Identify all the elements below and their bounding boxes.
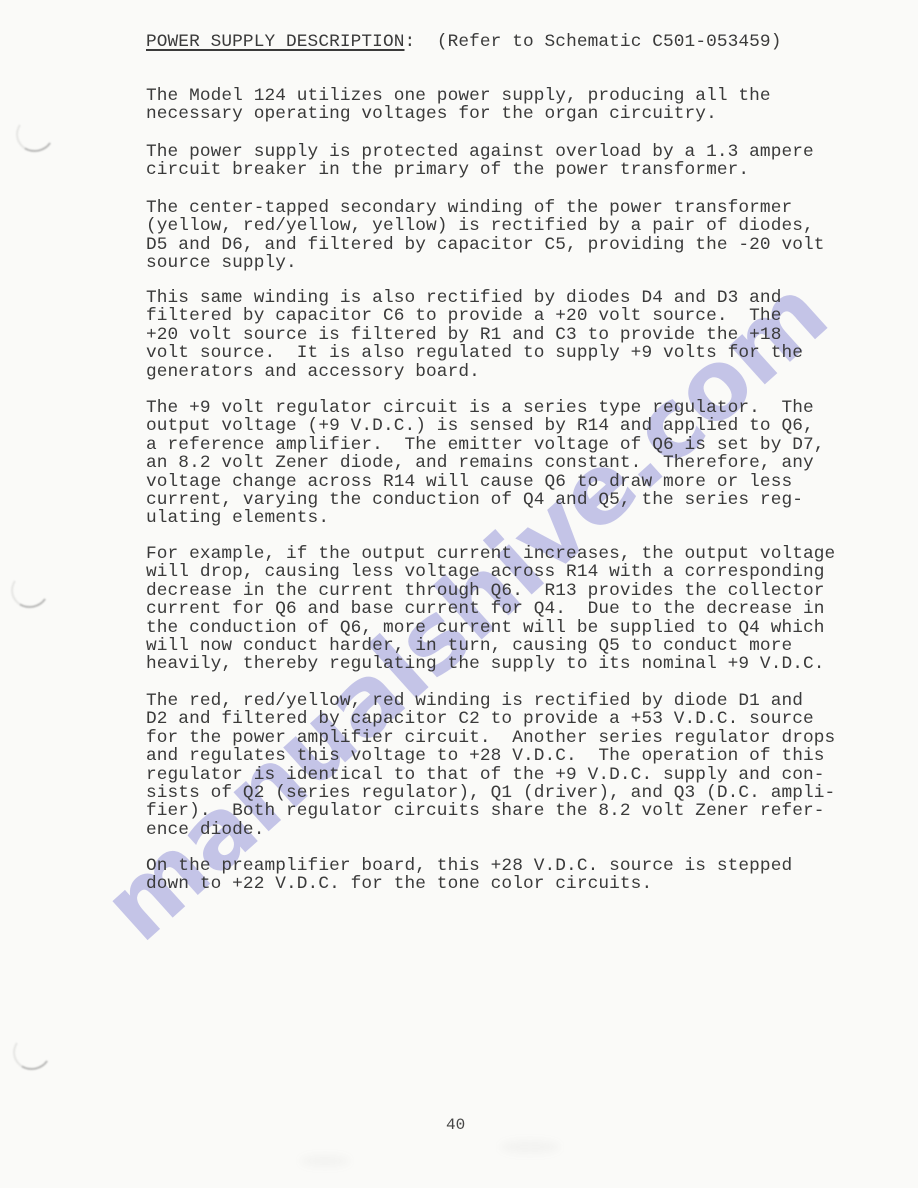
body-paragraph: The red, red/yellow, red winding is rect… bbox=[146, 692, 856, 839]
body-paragraph: For example, if the output current incre… bbox=[146, 545, 856, 674]
body-paragraph: On the preamplifier board, this +28 V.D.… bbox=[146, 857, 856, 894]
body-paragraph: The Model 124 utilizes one power supply,… bbox=[146, 87, 856, 124]
section-heading: POWER SUPPLY DESCRIPTION: (Refer to Sche… bbox=[146, 33, 781, 51]
body-paragraph: The +9 volt regulator circuit is a serie… bbox=[146, 399, 856, 528]
body-paragraph: This same winding is also rectified by d… bbox=[146, 289, 856, 381]
schematic-reference: (Refer to Schematic C501-053459) bbox=[415, 32, 781, 52]
title-separator: : bbox=[405, 32, 416, 52]
body-paragraph: The center-tapped secondary winding of t… bbox=[146, 199, 856, 273]
body-paragraph: The power supply is protected against ov… bbox=[146, 143, 856, 180]
page-title: POWER SUPPLY DESCRIPTION bbox=[146, 32, 405, 52]
text-layer: POWER SUPPLY DESCRIPTION: (Refer to Sche… bbox=[0, 0, 918, 1188]
page-number: 40 bbox=[446, 1116, 465, 1134]
scanned-manual-page: manualshive.com POWER SUPPLY DESCRIPTION… bbox=[0, 0, 918, 1188]
